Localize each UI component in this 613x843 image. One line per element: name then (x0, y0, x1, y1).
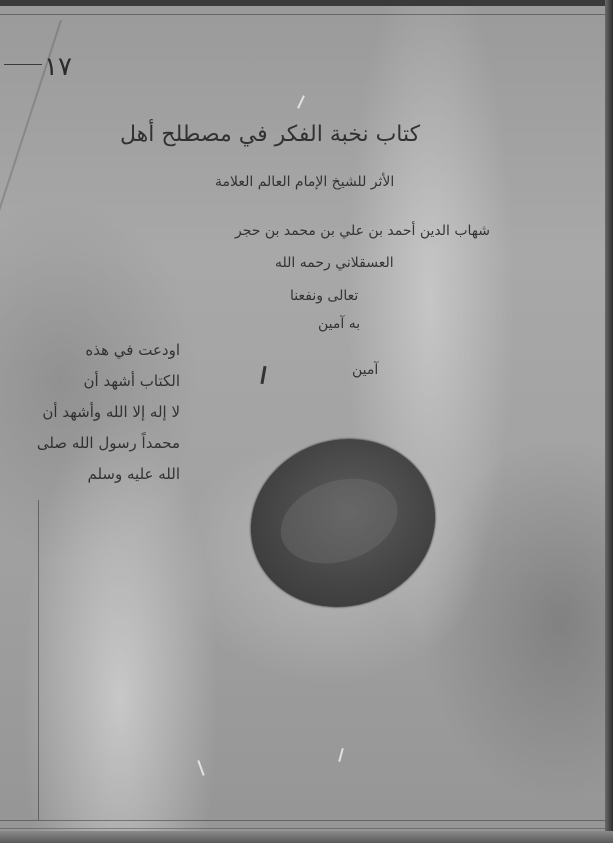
ink-mark (260, 366, 266, 384)
scan-scratch (197, 760, 204, 776)
scan-scratch (338, 748, 344, 762)
title-line: آمين (352, 362, 378, 378)
seal-inscription-area (270, 464, 409, 577)
margin-note-line: الكتاب أشهد أن (10, 366, 180, 397)
margin-note-line: لا إله إلا الله وأشهد أن (10, 397, 180, 428)
scan-top-edge (0, 0, 613, 6)
margin-note-line: محمداً رسول الله صلى (10, 428, 180, 459)
title-line: الأثر للشيخ الإمام العالم العلامة (215, 174, 394, 190)
paper-fold-line (0, 14, 605, 15)
margin-note-line: الله عليه وسلم (10, 459, 180, 490)
ownership-seal (229, 415, 457, 630)
manuscript-page: ١٧ كتاب نخبة الفكر في مصطلح أهل الأثر لل… (0, 0, 613, 843)
title-line: تعالى ونفعنا (290, 288, 358, 304)
margin-note: اودعت في هذه الكتاب أشهد أن لا إله إلا ا… (10, 335, 180, 490)
margin-note-line: اودعت في هذه (10, 335, 180, 366)
folio-number: ١٧ (44, 52, 72, 82)
paper-fold-line (38, 500, 39, 820)
paper-fold-line (0, 820, 605, 821)
title-line: به آمين (318, 316, 360, 332)
title-line: العسقلاني رحمه الله (275, 255, 394, 271)
title-line: كتاب نخبة الفكر في مصطلح أهل (120, 122, 420, 147)
title-line: شهاب الدين أحمد بن علي بن محمد بن حجر (235, 223, 490, 239)
scan-scratch (297, 95, 305, 109)
scan-bottom-edge (0, 831, 613, 843)
folio-underline (4, 64, 42, 65)
scan-right-edge (605, 0, 613, 843)
paper-fold-line (0, 828, 605, 829)
